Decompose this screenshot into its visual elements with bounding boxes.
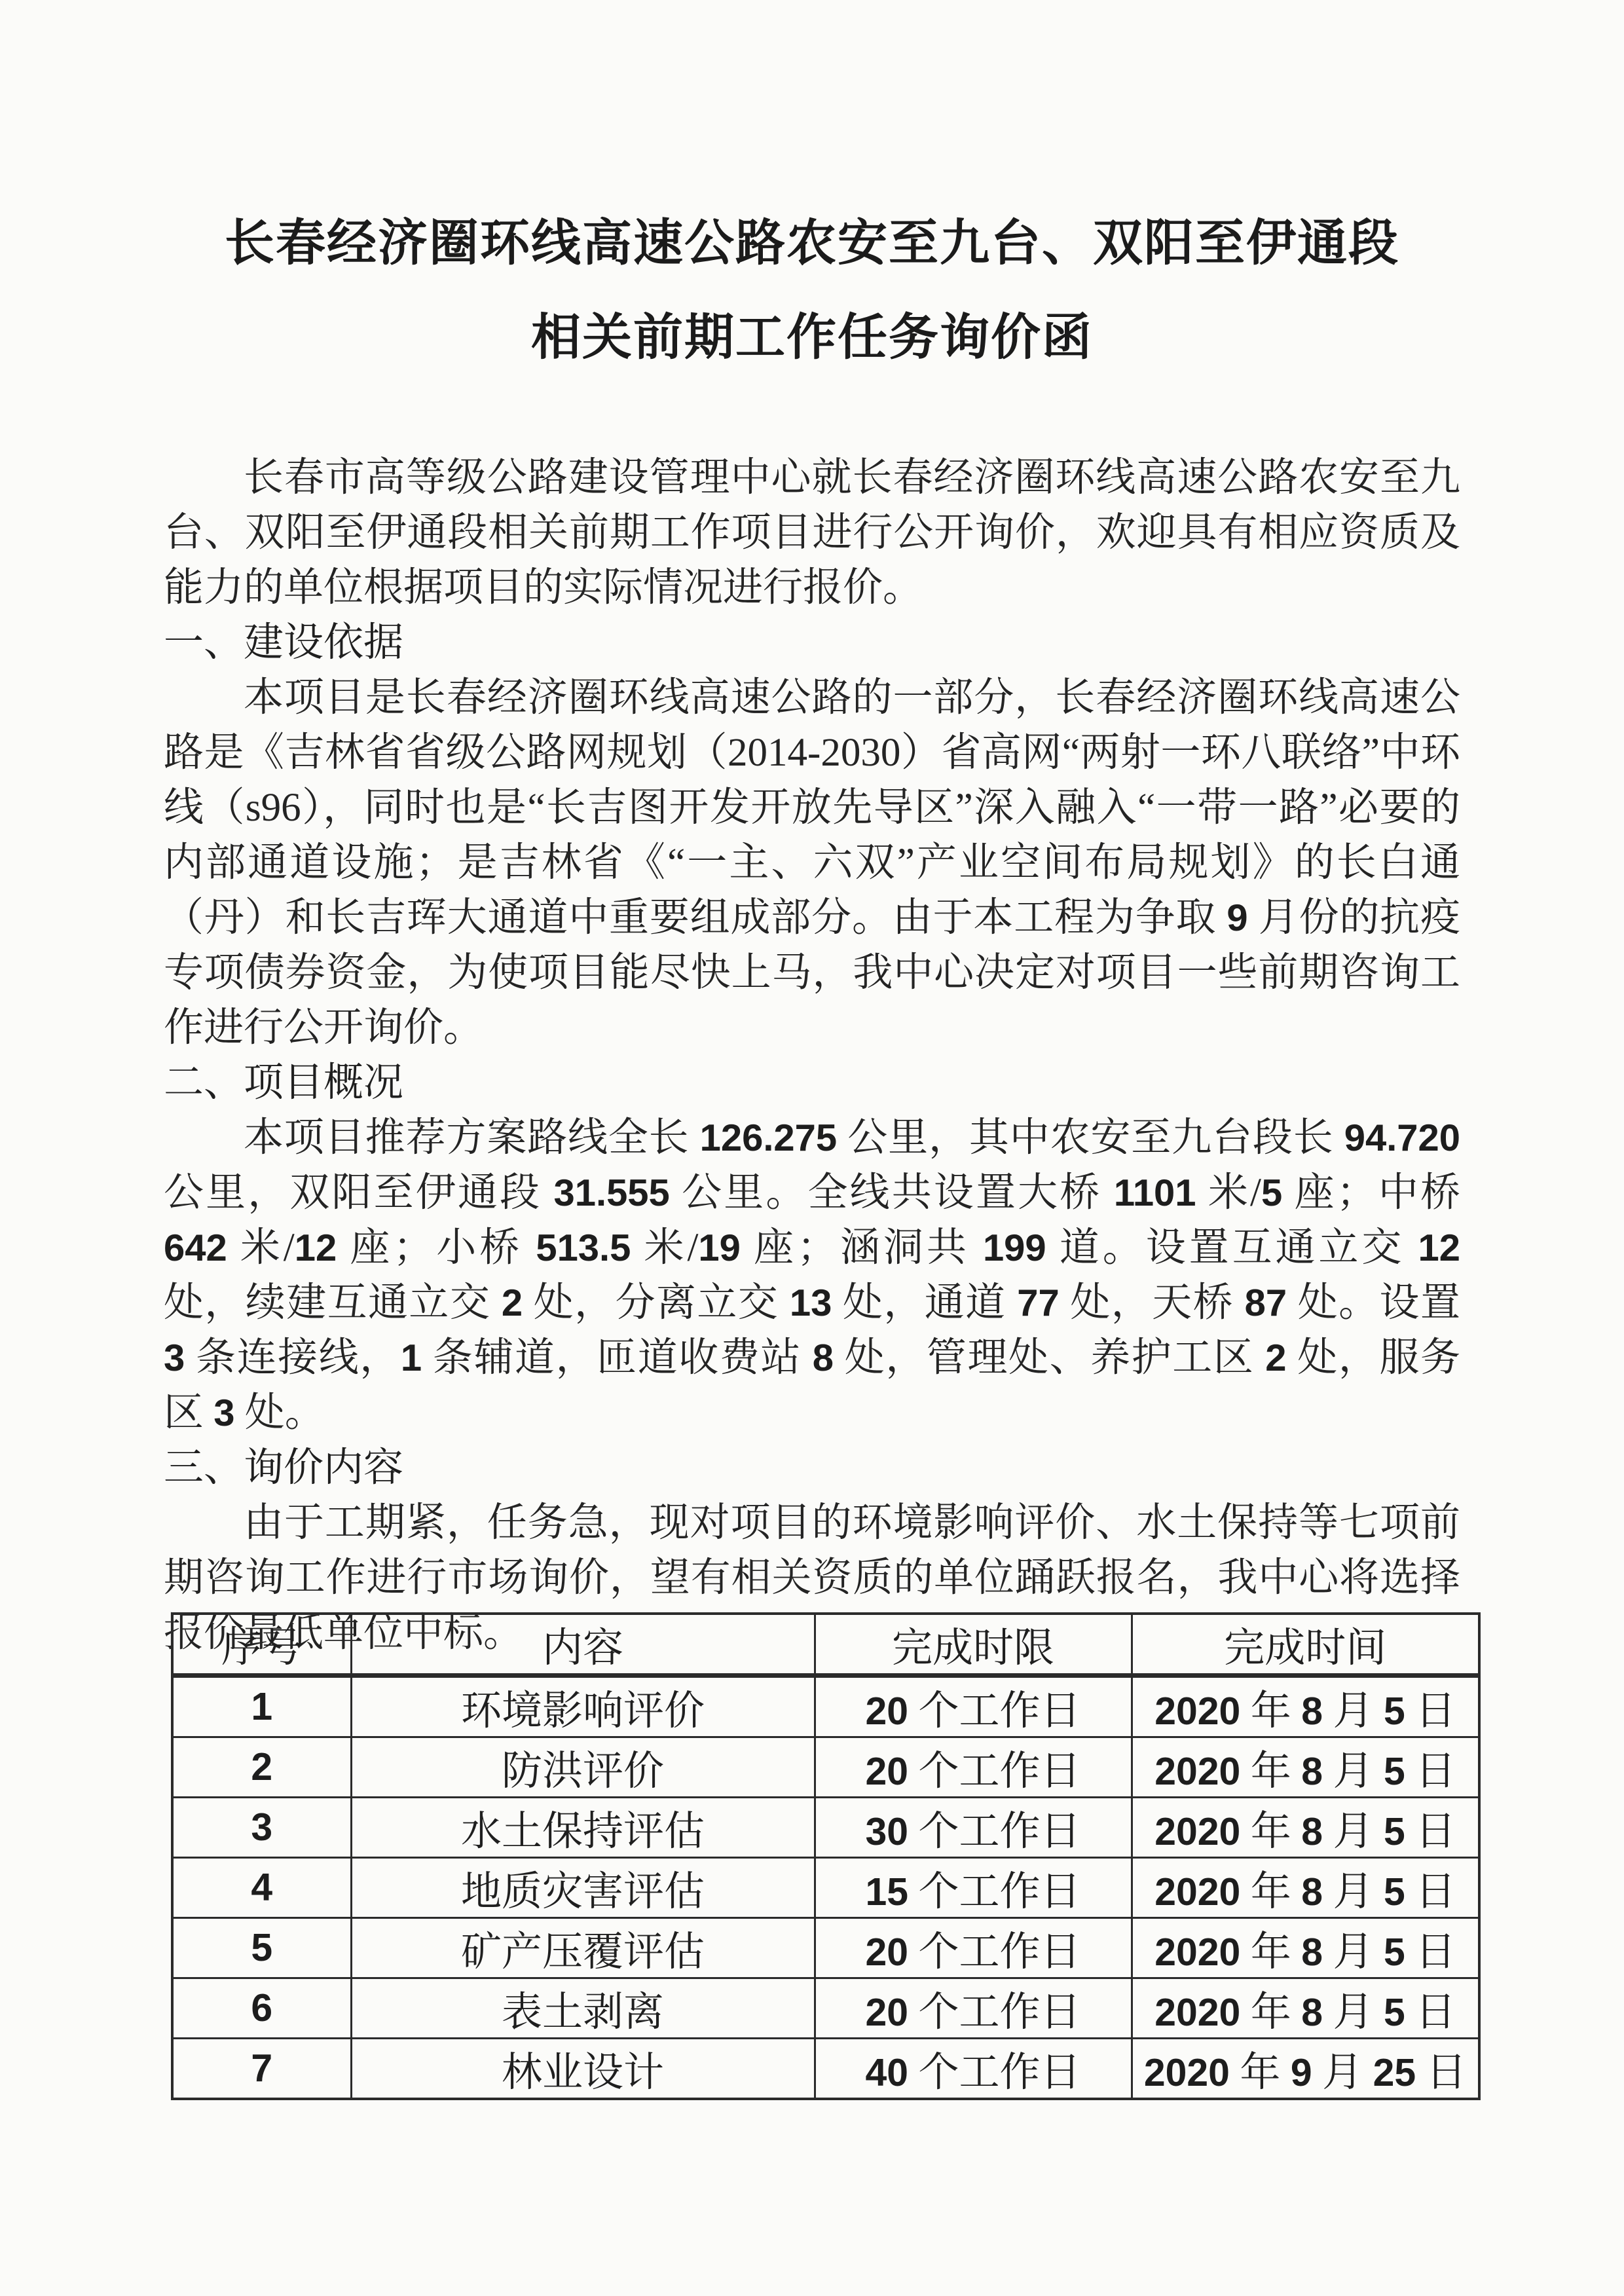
table-row: 4 地质灾害评估 15 个工作日 2020 年 8 月 5 日 — [172, 1858, 1479, 1918]
document-title-line-1: 长春经济圈环线高速公路农安至九台、双阳至伊通段 — [0, 219, 1624, 268]
cell-completion-date: 2020 年 8 月 5 日 — [1132, 1978, 1479, 2039]
table-row: 2 防洪评价 20 个工作日 2020 年 8 月 5 日 — [172, 1737, 1479, 1798]
cell-completion-date: 2020 年 8 月 5 日 — [1132, 1918, 1479, 1978]
cell-completion-date: 2020 年 8 月 5 日 — [1132, 1737, 1479, 1798]
table-row: 7 林业设计 40 个工作日 2020 年 9 月 25 日 — [172, 2039, 1479, 2100]
section-heading-inquiry-content: 三、询价内容 — [164, 1441, 1460, 1496]
cell-serial: 6 — [172, 1978, 351, 2039]
column-header-completion-date: 完成时间 — [1132, 1614, 1479, 1676]
column-header-content: 内容 — [351, 1614, 815, 1676]
cell-time-limit: 30 个工作日 — [815, 1798, 1132, 1858]
cell-time-limit: 40 个工作日 — [815, 2039, 1132, 2100]
cell-serial: 2 — [172, 1737, 351, 1798]
paragraph-intro: 长春市高等级公路建设管理中心就长春经济圈环线高速公路农安至九台、双阳至伊通段相关… — [164, 451, 1460, 616]
table-row: 3 水土保持评估 30 个工作日 2020 年 8 月 5 日 — [172, 1798, 1479, 1858]
table-row: 1 环境影响评价 20 个工作日 2020 年 8 月 5 日 — [172, 1676, 1479, 1737]
paragraph-project-overview: 本项目推荐方案路线全长 126.275 公里，其中农安至九台段长 94.720 … — [164, 1111, 1460, 1441]
cell-content: 地质灾害评估 — [351, 1858, 815, 1918]
column-header-serial: 序号 — [172, 1614, 351, 1676]
cell-completion-date: 2020 年 8 月 5 日 — [1132, 1858, 1479, 1918]
cell-completion-date: 2020 年 9 月 25 日 — [1132, 2039, 1479, 2100]
paragraph-construction-basis: 本项目是长春经济圈环线高速公路的一部分，长春经济圈环线高速公路是《吉林省省级公路… — [164, 671, 1460, 1056]
cell-serial: 7 — [172, 2039, 351, 2100]
scanned-document-page: { "colors": { "paper": "#fbfbf9", "ink":… — [0, 0, 1624, 2296]
cell-completion-date: 2020 年 8 月 5 日 — [1132, 1798, 1479, 1858]
cell-completion-date: 2020 年 8 月 5 日 — [1132, 1676, 1479, 1737]
cell-time-limit: 20 个工作日 — [815, 1737, 1132, 1798]
cell-time-limit: 20 个工作日 — [815, 1918, 1132, 1978]
cell-content: 矿产压覆评估 — [351, 1918, 815, 1978]
section-heading-project-overview: 二、项目概况 — [164, 1056, 1460, 1111]
table-header-row: 序号 内容 完成时限 完成时间 — [172, 1614, 1479, 1676]
cell-time-limit: 20 个工作日 — [815, 1978, 1132, 2039]
document-title-line-2: 相关前期工作任务询价函 — [0, 313, 1624, 363]
table-row: 6 表土剥离 20 个工作日 2020 年 8 月 5 日 — [172, 1978, 1479, 2039]
cell-time-limit: 15 个工作日 — [815, 1858, 1132, 1918]
cell-content: 水土保持评估 — [351, 1798, 815, 1858]
cell-content: 环境影响评价 — [351, 1676, 815, 1737]
cell-content: 表土剥离 — [351, 1978, 815, 2039]
cell-time-limit: 20 个工作日 — [815, 1676, 1132, 1737]
cell-content: 林业设计 — [351, 2039, 815, 2100]
schedule-table: 序号 内容 完成时限 完成时间 1 环境影响评价 20 个工作日 2020 年 … — [171, 1612, 1481, 2100]
cell-serial: 5 — [172, 1918, 351, 1978]
document-body: 长春市高等级公路建设管理中心就长春经济圈环线高速公路农安至九台、双阳至伊通段相关… — [164, 451, 1460, 1661]
cell-serial: 3 — [172, 1798, 351, 1858]
cell-serial: 1 — [172, 1676, 351, 1737]
cell-content: 防洪评价 — [351, 1737, 815, 1798]
column-header-time-limit: 完成时限 — [815, 1614, 1132, 1676]
cell-serial: 4 — [172, 1858, 351, 1918]
section-heading-construction-basis: 一、建设依据 — [164, 616, 1460, 671]
table-row: 5 矿产压覆评估 20 个工作日 2020 年 8 月 5 日 — [172, 1918, 1479, 1978]
